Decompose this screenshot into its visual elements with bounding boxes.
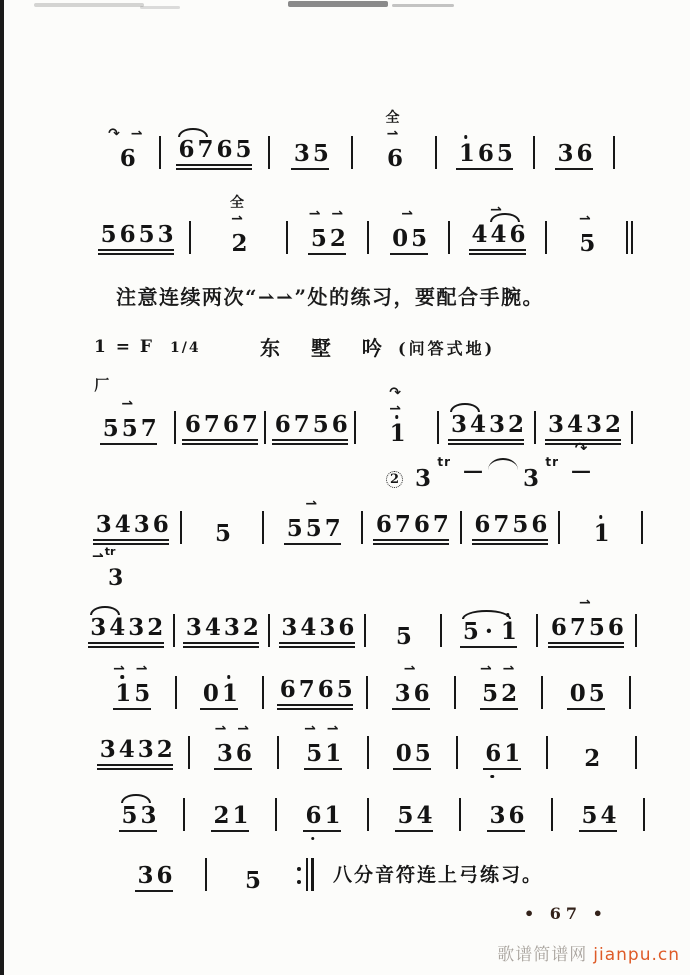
note-row: 446 [469, 223, 526, 246]
note-row: 6 [385, 147, 404, 170]
note-digit: 5 [245, 869, 259, 892]
bow-mark-icon: ⇀ [404, 662, 419, 676]
note-digit: 4 [109, 616, 123, 639]
barline-thin [367, 221, 369, 254]
beam-underline [272, 443, 348, 445]
measure-notes: 36 [555, 142, 593, 170]
measure: 5 [208, 869, 296, 892]
music-line: 5653全⇀2⇀ ⇀52⇀05⇀446⇀5 [84, 183, 634, 255]
time-signature: 1/4 [170, 340, 201, 356]
note-digit: 4 [472, 223, 486, 246]
measure-notes: 全⇀6 [385, 147, 404, 170]
watermark-url: jianpu.cn [593, 945, 680, 965]
barline-thin [534, 411, 536, 444]
measure: 6767 [177, 413, 263, 446]
measure: 1 [561, 522, 640, 545]
barline [367, 221, 369, 254]
note-row: 1 [387, 422, 406, 445]
measure: ⇀ ⇀52 [289, 227, 366, 255]
note-digit: 3 [158, 223, 172, 246]
measure: ⇀446 [451, 223, 544, 256]
note-digit: 5 [497, 142, 511, 165]
barline-thick [311, 858, 314, 891]
note-digit: 3 [451, 413, 465, 436]
articulation-marks: ↷ ⇀ [117, 127, 136, 141]
note-row: 6767 [182, 413, 258, 436]
watermark: 歌谱简谱网jianpu.cn [497, 940, 680, 965]
note-digit: 6 [474, 513, 488, 536]
barline [641, 511, 643, 544]
bow-mark-icon: ⇀ [231, 212, 246, 226]
note-row: 5653 [98, 223, 174, 246]
beam-underline [98, 249, 174, 251]
note-digit: 3 [96, 513, 110, 536]
bow-mark-icon: ⇀ ⇀ [309, 207, 346, 221]
barline-thin [448, 221, 450, 254]
bow-mark-icon: ⇀ [401, 207, 416, 221]
scan-artifact [392, 4, 454, 7]
note-digit: 3 [186, 616, 200, 639]
note-digit: 5 [512, 513, 526, 536]
note-digit: 7 [242, 413, 256, 436]
beam-underline [100, 443, 157, 445]
note-row: 3432 [448, 413, 524, 436]
note-row: 6765 [176, 138, 252, 161]
note-digit: 6 [120, 223, 134, 246]
note-digit: 5 [139, 223, 153, 246]
barline-thin [180, 511, 182, 544]
measure: 3432 [440, 413, 533, 446]
barline [205, 858, 207, 891]
measure-notes: ⇀05 [390, 227, 428, 255]
barline-thin [286, 221, 288, 254]
slur-arc [90, 606, 120, 615]
note-digit: 2 [232, 232, 246, 255]
measure-notes: 35 [291, 142, 329, 170]
note-row: 6 [117, 147, 136, 170]
barline-thin [268, 136, 270, 169]
bow-mark-icon: ⇀ ⇀ [215, 722, 252, 736]
measure-notes: ⇀557 [284, 517, 341, 545]
note-digit: 0 [392, 227, 406, 250]
measure: 5 [183, 522, 262, 545]
measure: ⇀05 [370, 227, 447, 255]
articulation-marks: 全⇀ [385, 111, 404, 141]
note-digit: 2 [508, 413, 522, 436]
note-digit: 2 [157, 738, 171, 761]
note-row: 5 [577, 232, 596, 255]
barline-thin [545, 221, 547, 254]
note-digit: 6 [338, 616, 352, 639]
note-digit: 3 [134, 513, 148, 536]
note-digit: 5 [215, 522, 229, 545]
bow-arc-icon: ↷ [575, 439, 588, 457]
barline-thin [262, 511, 264, 544]
note-digit: 7 [325, 517, 339, 540]
barline [286, 221, 288, 254]
note-digit: 5 [287, 517, 301, 540]
scanned-score-page: ↷ ⇀6676535全⇀6165365653全⇀2⇀ ⇀52⇀05⇀446⇀5厂… [0, 0, 690, 975]
articulation-marks: ↷⇀ [387, 386, 406, 416]
measure: 165 [438, 142, 532, 170]
barline-thin [533, 136, 535, 169]
note-digit: 3 [128, 616, 142, 639]
slur-arc-icon [488, 458, 518, 470]
note-row: 52 [308, 227, 346, 250]
measure: 35 [271, 142, 351, 170]
note-row: 05 [390, 227, 428, 250]
measure-notes: 36 [135, 864, 173, 892]
note-digit: 3 [224, 616, 238, 639]
note-digit: 3 [138, 864, 152, 887]
note-row: 6756 [548, 616, 624, 639]
note-digit: 3 [489, 413, 503, 436]
measure-notes: ↷ ⇀6 [117, 147, 136, 170]
measure: 厂⇀557 [84, 417, 173, 445]
note-digit: 2 [605, 413, 619, 436]
note-digit: 1 [459, 142, 473, 165]
barline [174, 411, 176, 444]
measure: ↷ ⇀6 [96, 147, 158, 170]
beam-underline [291, 168, 329, 170]
note-digit: 5 [101, 223, 115, 246]
note-digit: 3 [281, 616, 295, 639]
note-digit: 6 [223, 413, 237, 436]
note-digit: 7 [198, 138, 212, 161]
note-digit: 5 [122, 417, 136, 440]
note-digit: 6 [387, 147, 401, 170]
note-digit: 6 [577, 142, 591, 165]
measure-notes: 5 [243, 869, 262, 892]
measure-notes: 3436 [93, 513, 169, 546]
barline [460, 511, 462, 544]
barline-thin [435, 136, 437, 169]
note-digit: 3 [558, 142, 572, 165]
measure: 6767 [364, 513, 459, 546]
barline-thin [189, 221, 191, 254]
octave-dot-high [395, 415, 399, 419]
articulation-marks: ⇀ [390, 207, 428, 221]
beam-underline [182, 443, 258, 445]
practice-instruction-1: 注意连续两次“⇀⇀”处的练习，要配合手腕。 [116, 281, 544, 310]
whole-bow-mark: 全 [230, 196, 247, 210]
note-digit: 4 [567, 413, 581, 436]
measure-notes: 厂⇀557 [100, 417, 157, 445]
repeat-dots [297, 867, 301, 884]
bow-arc-icon: ↷ [389, 386, 404, 400]
barline [361, 511, 363, 544]
note-row: 557 [284, 517, 341, 540]
note-digit: 5 [306, 517, 320, 540]
beam-underline [555, 168, 593, 170]
barline [534, 411, 536, 444]
measure-notes: ⇀ ⇀52 [308, 227, 346, 255]
measure: ⇀557 [265, 517, 360, 545]
articulation-marks: ⇀ [577, 212, 596, 226]
piece-title: 东 墅 吟 [260, 332, 394, 361]
note-row: 6767 [373, 513, 449, 536]
beam-underline [456, 168, 513, 170]
beam-underline [272, 439, 348, 441]
octave-dot-high [121, 675, 125, 679]
trill-icon: tr [105, 545, 116, 558]
barline [189, 221, 191, 254]
note-digit: 6 [510, 223, 524, 246]
note-digit: 3 [586, 413, 600, 436]
note-digit: 7 [570, 616, 584, 639]
bow-mark-icon: ⇀ [389, 402, 404, 416]
note-row: 3432 [97, 738, 173, 761]
measure-notes: 6767 [182, 413, 258, 446]
measure-notes: 6765 [176, 138, 252, 171]
note-digit: 7 [395, 513, 409, 536]
slur-arc [178, 128, 208, 137]
barline [268, 136, 270, 169]
barline [635, 614, 637, 647]
note-digit: 5 [411, 227, 425, 250]
whole-bow-mark: 全 [386, 111, 403, 125]
beam-underline [448, 439, 524, 441]
beam-underline [176, 168, 252, 170]
barline-thin [159, 136, 161, 169]
articulation-marks: ⇀ [100, 397, 157, 411]
barline-thin [635, 614, 637, 647]
note-digit: 6 [414, 513, 428, 536]
bow-mark-icon: ⇀ [579, 596, 594, 610]
note-row: 1 [591, 522, 610, 545]
bow-mark-icon: ⇀ [121, 397, 136, 411]
measure: 5653 [84, 223, 188, 256]
measure: 3436 [84, 513, 179, 546]
note-digit: 5 [313, 413, 327, 436]
barline-thin [361, 511, 363, 544]
watermark-site-name: 歌谱简谱网 [497, 945, 587, 965]
note-digit: 3 [548, 413, 562, 436]
note-digit: 6 [531, 513, 545, 536]
music-line: 34365⇀557676767561 [84, 473, 644, 545]
note-digit: 4 [119, 738, 133, 761]
note-digit: 6 [217, 138, 231, 161]
barline [351, 136, 353, 169]
note-row: 35 [291, 142, 329, 165]
note-digit: 3 [294, 142, 308, 165]
octave-dot-high [599, 515, 603, 519]
measure: 全⇀2 [192, 232, 285, 255]
note-row: 557 [100, 417, 157, 440]
note-digit: 2 [147, 616, 161, 639]
beam-underline [284, 543, 341, 545]
note-row: 36 [135, 864, 173, 887]
barline [180, 511, 182, 544]
music-line: ↷ ⇀6676535全⇀616536 [96, 98, 616, 170]
measure-notes: 1 [591, 522, 610, 545]
measure: ↷⇀1 [357, 422, 436, 445]
note-digit: 4 [491, 223, 505, 246]
beam-underline [308, 253, 346, 255]
note-row: 5 [213, 522, 232, 545]
note-digit: 6 [179, 138, 193, 161]
note-digit: 6 [185, 413, 199, 436]
barline [448, 221, 450, 254]
note-digit: 6 [332, 413, 346, 436]
piece-expression: (问答式地) [398, 336, 495, 359]
measure-notes: 6756 [272, 413, 348, 446]
trill-icon: tr [437, 455, 451, 469]
beam-underline [469, 249, 526, 251]
measure-notes: 3432 [448, 413, 524, 446]
note-digit: 3 [90, 616, 104, 639]
phrase-bracket-icon: 厂 [94, 378, 109, 393]
barline [435, 136, 437, 169]
note-digit: 7 [294, 413, 308, 436]
barline-thin [631, 411, 633, 444]
barline [533, 136, 535, 169]
articulation-marks: ⇀ ⇀ [214, 722, 252, 736]
barline-thin [641, 511, 643, 544]
note-digit: 4 [115, 513, 129, 536]
note-digit: 3 [100, 738, 114, 761]
barline [159, 136, 161, 169]
note-digit: 5 [311, 227, 325, 250]
bow-mark-icon: ⇀ ⇀ [480, 662, 517, 676]
beam-underline [390, 253, 428, 255]
key-signature-value: 1 = F [94, 337, 154, 357]
measure: ⇀5 [548, 232, 625, 255]
measure-notes: 6767 [373, 513, 449, 546]
measure-notes: ⇀5 [577, 232, 596, 255]
slur-arc [121, 794, 151, 803]
beam-underline [135, 890, 173, 892]
barline-thin [205, 858, 207, 891]
barline-thin [460, 511, 462, 544]
note-digit: 6 [157, 864, 171, 887]
bow-mark-icon: ⇀ [305, 497, 320, 511]
note-digit: 5 [579, 232, 593, 255]
scan-artifact [34, 3, 144, 7]
barline-thin [631, 221, 633, 254]
note-row: 3436 [279, 616, 355, 639]
repeat-dot [297, 867, 301, 871]
measure: 36 [536, 142, 612, 170]
repeat-barline [297, 858, 314, 891]
barline-thin [558, 511, 560, 544]
articulation-marks: 全⇀ [229, 196, 248, 226]
articulation-marks: ⇀ [284, 497, 341, 511]
scan-edge-artifact [0, 0, 4, 975]
note-row: 36 [555, 142, 593, 165]
articulation-marks: ⇀ ⇀ [480, 662, 518, 676]
barline-thin [306, 858, 308, 891]
measure-notes: 全⇀2 [229, 232, 248, 255]
music-line: 厂⇀55767676756↷⇀134323432 [84, 373, 634, 445]
note-digit: 3 [319, 616, 333, 639]
key-signature: 1 = F1/4 [94, 337, 201, 357]
beam-underline [182, 439, 258, 441]
note-digit: 3 [138, 738, 152, 761]
music-line: 365八分音符连上弓练习。 [104, 820, 650, 892]
note-row: 3436 [93, 513, 169, 536]
note-digit: 6 [376, 513, 390, 536]
measure-notes: 165 [456, 142, 513, 170]
barline-thin [626, 221, 628, 254]
note-digit: 1 [390, 422, 404, 445]
barline [354, 411, 356, 444]
beam-underline [469, 253, 526, 255]
note-digit: 6 [120, 147, 134, 170]
note-digit: 7 [204, 413, 218, 436]
barline [558, 511, 560, 544]
note-digit: 5 [236, 138, 250, 161]
barline [437, 411, 439, 444]
barline [262, 511, 264, 544]
measure: 全⇀6 [354, 147, 434, 170]
slur-arc [462, 610, 511, 619]
octave-dot-high [227, 675, 231, 679]
measure-notes: 6756 [472, 513, 548, 546]
measure-notes: ↷⇀1 [387, 422, 406, 445]
articulation-marks: ⇀ ⇀ [113, 662, 151, 676]
measure-notes: 5653 [98, 223, 174, 256]
beam-underline [93, 539, 169, 541]
articulation-marks: ⇀ ⇀ [308, 207, 346, 221]
note-digit: 6 [551, 616, 565, 639]
trill-icon: tr [545, 455, 559, 469]
note-digit: 7 [141, 417, 155, 440]
measure: 36 [104, 864, 204, 892]
barline [631, 411, 633, 444]
repeat-dot [297, 880, 301, 884]
page-number: • 67 • [524, 904, 608, 923]
measure: 6756 [267, 413, 353, 446]
note-digit: 4 [205, 616, 219, 639]
scan-artifact [140, 6, 180, 9]
practice-instruction-2: 八分音符连上弓练习。 [333, 860, 543, 887]
note-digit: 4 [300, 616, 314, 639]
beam-underline [373, 543, 449, 545]
note-digit: 6 [478, 142, 492, 165]
articulation-marks: ⇀ [392, 662, 430, 676]
note-row: 3432 [88, 616, 164, 639]
barline-thin [613, 136, 615, 169]
bow-arc-icon: ↷ ⇀ [108, 127, 145, 141]
note-digit: 5 [103, 417, 117, 440]
measure: 6756 [463, 513, 558, 546]
barline-thin [437, 411, 439, 444]
double-barline [626, 221, 633, 254]
beam-underline [472, 539, 548, 541]
note-row: 3432 [545, 413, 621, 436]
slur-arc [450, 403, 480, 412]
articulation-marks: ⇀ [548, 596, 624, 610]
barline-thin [351, 136, 353, 169]
bow-mark-icon: ⇀ ⇀ [113, 662, 150, 676]
note-digit: 7 [433, 513, 447, 536]
note-digit: 4 [470, 413, 484, 436]
note-row: 165 [456, 142, 513, 165]
note-digit: 2 [330, 227, 344, 250]
note-digit: 7 [493, 513, 507, 536]
measure-notes: ⇀446 [469, 223, 526, 256]
measure: 6765 [162, 138, 267, 171]
barline-thin [264, 411, 266, 444]
beam-underline [472, 543, 548, 545]
barline-thin [174, 411, 176, 444]
beam-underline [373, 539, 449, 541]
beam-underline [176, 164, 252, 166]
note-digit: 6 [153, 513, 167, 536]
barline-thin [354, 411, 356, 444]
barline [264, 411, 266, 444]
